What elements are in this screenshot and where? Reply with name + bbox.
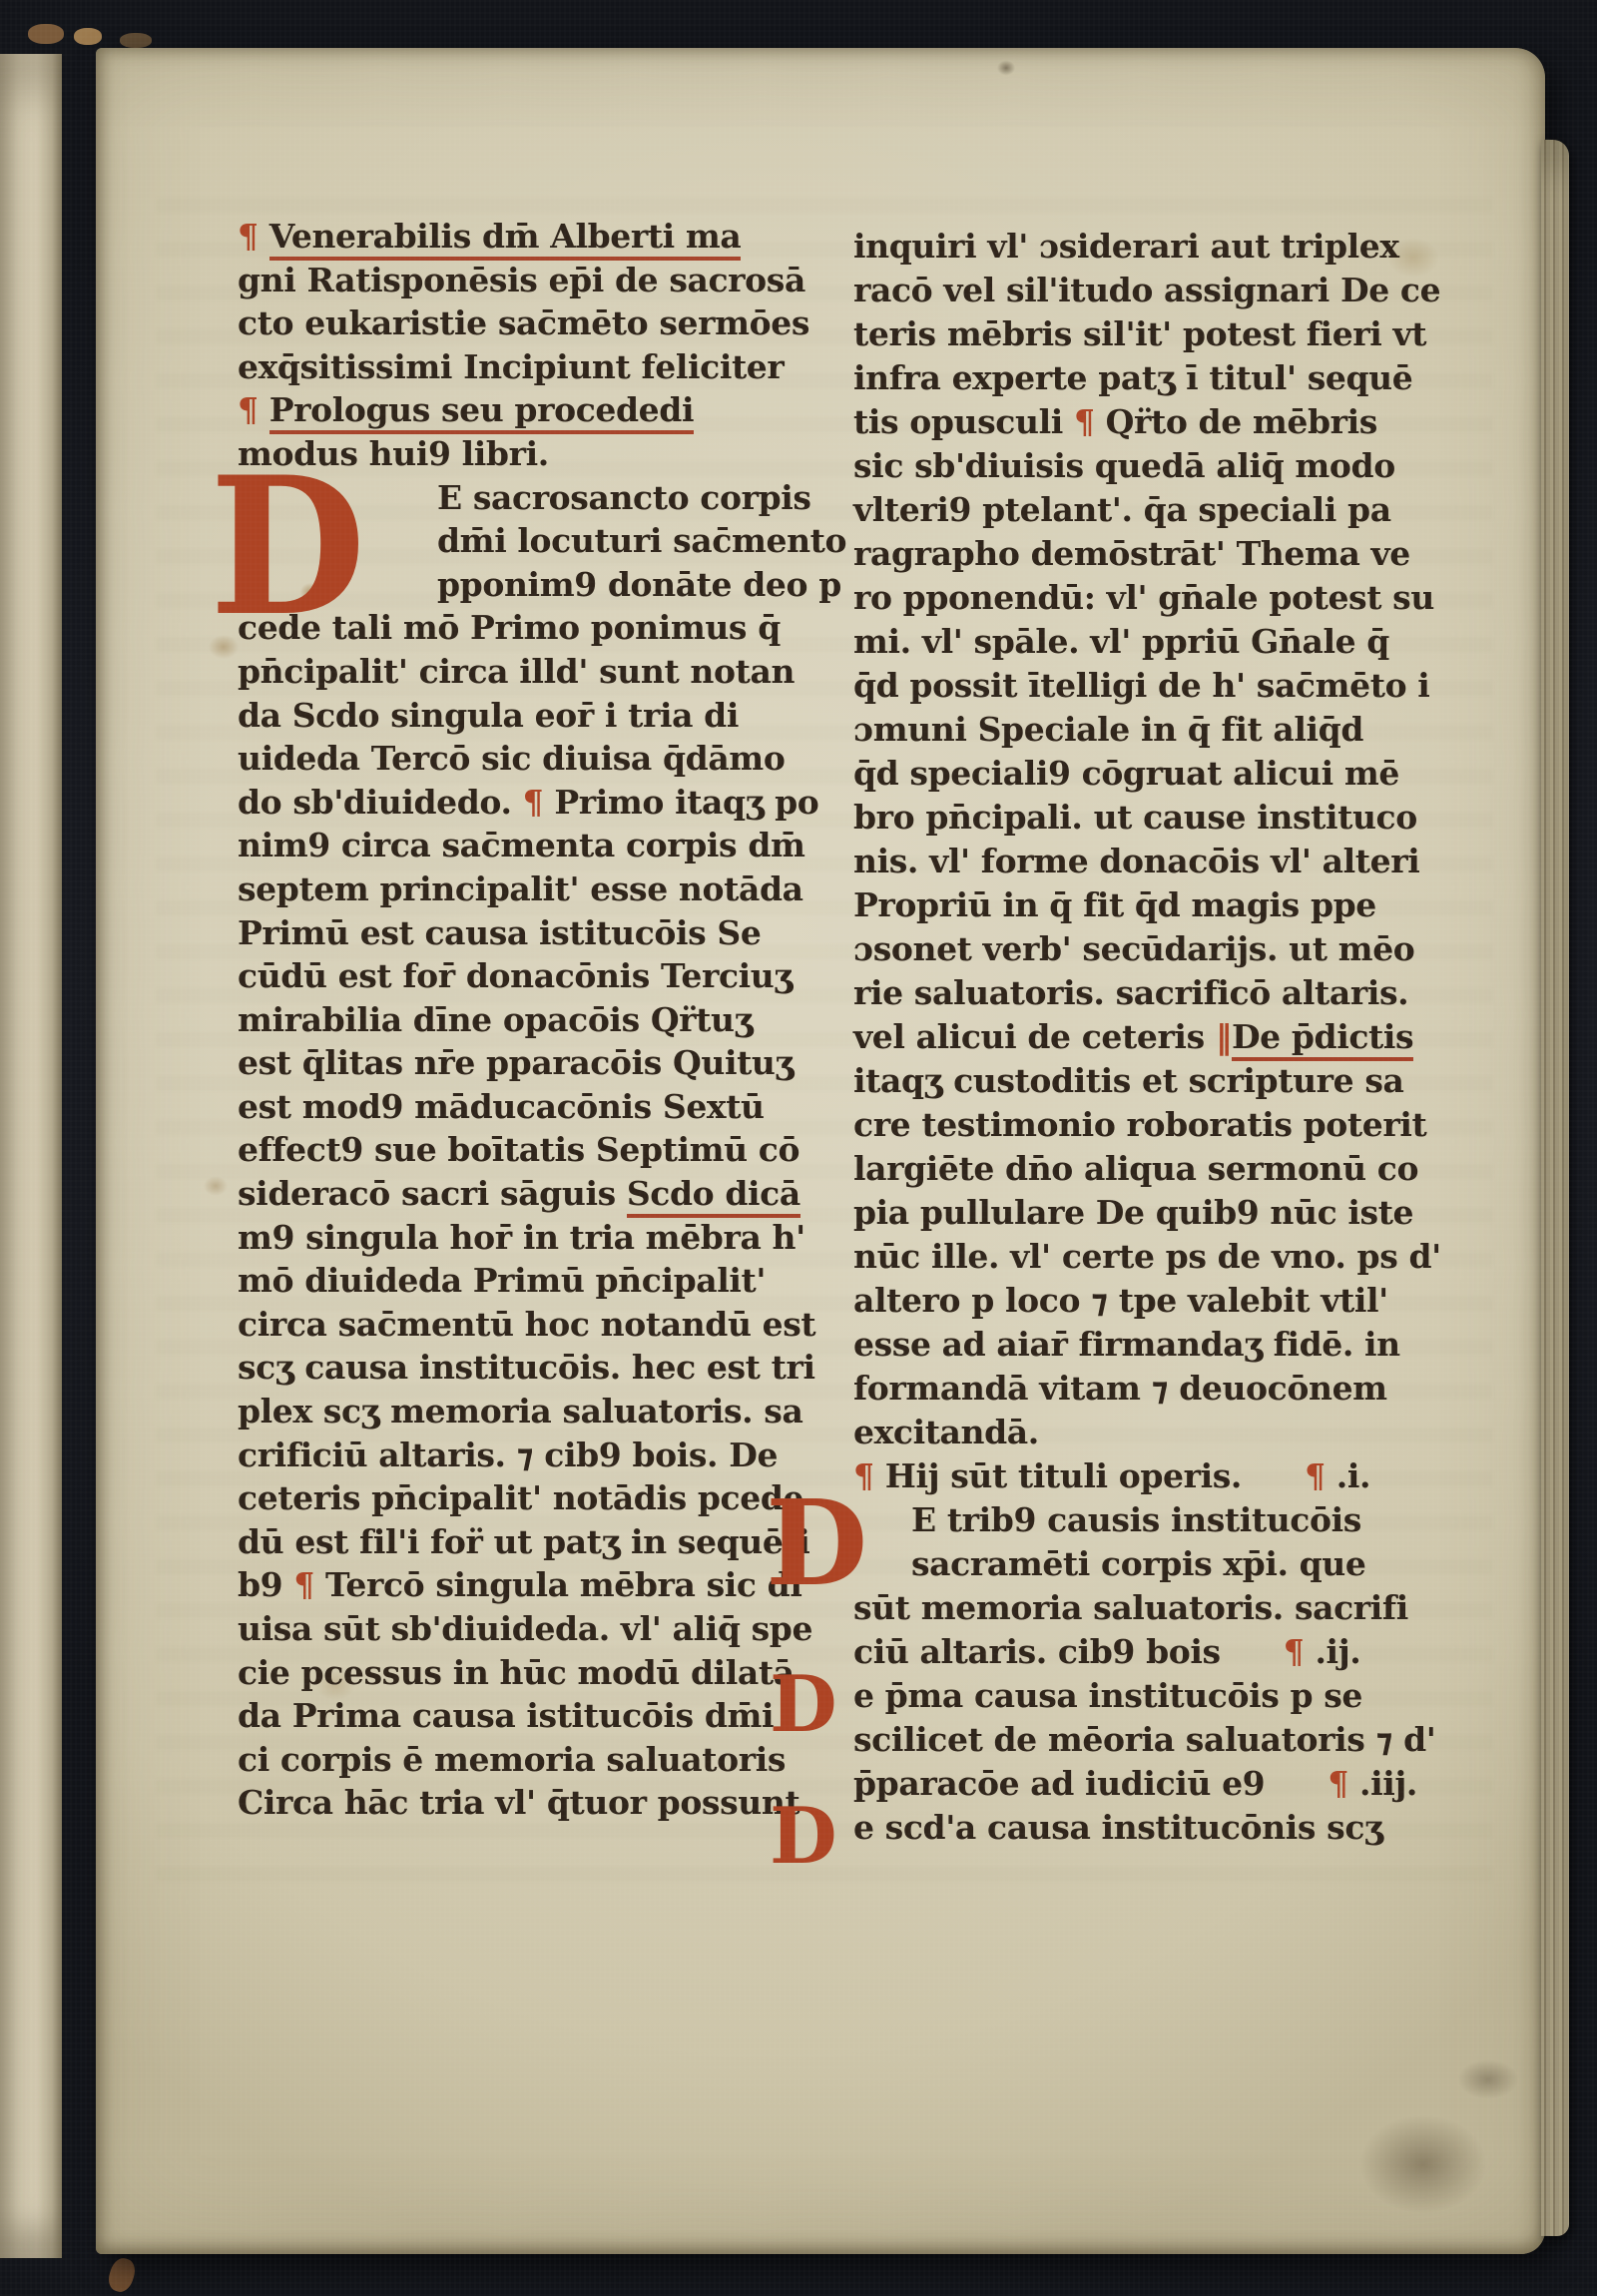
text-segment: est q̄litas nr̄e pparacōis Quituʒ	[238, 1043, 794, 1082]
text-segment: ciū altaris. cib9 bois	[853, 1632, 1232, 1671]
binding-fragment	[120, 33, 152, 48]
text-segment: plex scʒ memoria saluatoris. sa	[238, 1392, 802, 1431]
binding-fragment	[74, 28, 102, 45]
text-segment: largiēte dn̄o aliqua sermonū co	[853, 1149, 1418, 1188]
text-line: bro pn̄cipali. ut cause instituco	[853, 796, 1422, 840]
text-line: septem principalit' esse notāda	[238, 867, 777, 911]
text-line: sacramēti corpis xp̄i. que	[853, 1542, 1422, 1586]
text-line: nūc ille. vl' certe ps de vno. ps d'	[853, 1235, 1422, 1279]
text-line: De p̄ma causa institucōis p se	[853, 1674, 1422, 1718]
rubric-mark: ¶	[238, 217, 269, 256]
text-line: cie pcessus in hūc modū dilatā	[238, 1651, 777, 1695]
text-line: mirabilia dīne opacōis Qr̈tuʒ	[238, 998, 777, 1042]
text-line: dū est fil'i for̈ ut patʒ in sequēti	[238, 1520, 777, 1564]
text-segment: pn̄cipalit' circa illd' sunt notan	[238, 652, 795, 691]
text-segment: vel alicui de ceteris	[853, 1017, 1216, 1056]
text-segment: Primo itaqʒ po	[554, 783, 818, 822]
text-line: ¶ Prologus seu procededi	[238, 388, 777, 432]
text-segment: e p̄ma causa institucōis p se	[853, 1676, 1362, 1715]
rubricated-heading: Venerabilis dm̄ Alberti ma	[269, 217, 742, 261]
text-segment: e scd'a causa institucōnis scʒ	[853, 1808, 1382, 1847]
text-segment: circa sac̄mentū hoc notandū est	[238, 1305, 815, 1344]
binding-fragment	[28, 24, 64, 44]
text-line: crificiū altaris. ⁊ cib9 bois. De	[238, 1434, 777, 1477]
text-segment: teris mēbris sil'it' potest fieri vt	[853, 314, 1426, 353]
text-segment: .iij.	[1359, 1764, 1417, 1803]
text-line: excitandā.	[853, 1411, 1422, 1454]
text-segment: cede tali mō Primo ponimus q̄	[238, 608, 781, 647]
text-segment: altero p loco ⁊ tpe valebit vtil'	[853, 1281, 1388, 1320]
text-line: ceteris pn̄cipalit' notādis pcede	[238, 1476, 777, 1520]
text-line: inquiri vl' ɔsiderari aut triplex	[853, 225, 1422, 269]
text-segment: Hij sūt tituli operis.	[885, 1456, 1253, 1495]
text-line: itaqʒ custoditis et scripture sa	[853, 1059, 1422, 1103]
rubricated-heading: Scdo dicā	[627, 1174, 800, 1218]
text-segment: da Scdo singula eor̄ i tria di	[238, 696, 739, 735]
text-segment: racō vel sil'itudo assignari De ce	[853, 271, 1440, 309]
text-segment: gni Ratisponēsis ep̄i de sacrosā	[238, 261, 805, 299]
text-line: formandā vitam ⁊ deuocōnem	[853, 1367, 1422, 1411]
text-segment: da Prima causa istitucōis dm̄i	[238, 1696, 774, 1735]
text-segment: mi. vl' spāle. vl' ppriū Gn̄ale q̄	[853, 622, 1389, 661]
text-segment: dū est fil'i for̈ ut patʒ in sequēti	[238, 1522, 809, 1561]
text-segment: uideda Tercō sic diuisa q̄dāmo	[238, 739, 785, 778]
text-segment: ro pponendū: vl' gn̄ale potest su	[853, 578, 1434, 617]
text-line: Primū est causa istitucōis Se	[238, 911, 777, 955]
rubric-mark: ‖	[1216, 1017, 1232, 1056]
text-line: q̄d speciali9 cōgruat alicui mē	[853, 752, 1422, 796]
text-segment: rie saluatoris. sacrificō altaris.	[853, 973, 1408, 1012]
text-segment: bro pn̄cipali. ut cause instituco	[853, 798, 1417, 837]
text-line: cre testimonio roboratis poterit	[853, 1103, 1422, 1147]
text-segment: Circa hāc tria vl' q̄tuor possunt	[238, 1783, 799, 1822]
text-line: cūdū est for̄ donacōnis Terciuʒ	[238, 954, 777, 998]
text-line: teris mēbris sil'it' potest fieri vt	[853, 312, 1422, 356]
text-line: da Scdo singula eor̄ i tria di	[238, 694, 777, 738]
left-text-column: ¶ Venerabilis dm̄ Alberti magni Ratispon…	[238, 215, 777, 1825]
text-line: DE sacrosancto corpis	[238, 476, 777, 520]
text-segment: scilicet de mēoria saluatoris ⁊ d'	[853, 1720, 1436, 1759]
text-segment: vlteri9 ptelant'. q̄a speciali pa	[853, 490, 1391, 529]
text-segment: tis opusculi	[853, 402, 1074, 441]
text-segment: sūt memoria saluatoris. sacrifi	[853, 1588, 1408, 1627]
text-segment: scʒ causa institucōis. hec est tri	[238, 1348, 815, 1387]
text-segment: Propriū in q̄ fit q̄d magis ppe	[853, 885, 1376, 924]
text-line: ci corpis ē memoria saluatoris	[238, 1738, 777, 1782]
text-segment: esse ad aiar̄ firmandaʒ fidē. in	[853, 1325, 1400, 1364]
manuscript-photo: ¶ Venerabilis dm̄ Alberti magni Ratispon…	[0, 0, 1597, 2296]
illuminated-initial: D	[770, 1798, 836, 1876]
text-line: ro pponendū: vl' gn̄ale potest su	[853, 576, 1422, 620]
text-line: ciū altaris. cib9 bois ¶ .ij.	[853, 1630, 1422, 1674]
text-segment: .ij.	[1315, 1632, 1360, 1671]
text-segment: pia pullulare De quib9 nūc iste	[853, 1193, 1413, 1232]
text-line: mi. vl' spāle. vl' ppriū Gn̄ale q̄	[853, 620, 1422, 664]
binding-fragment	[105, 2255, 138, 2295]
text-line: effect9 sue boītatis Septimū cō	[238, 1128, 777, 1172]
rubric-mark: ¶	[1305, 1456, 1336, 1495]
text-segment: itaqʒ custoditis et scripture sa	[853, 1061, 1404, 1100]
text-line: da Prima causa istitucōis dm̄i	[238, 1694, 777, 1738]
text-segment: sic sb'diuisis quedā aliq̄ modo	[853, 446, 1395, 485]
page-block-edges	[1541, 140, 1569, 2236]
text-line: infra experte patʒ ī titul' sequē	[853, 356, 1422, 400]
text-segment: E sacrosancto corpis	[437, 478, 811, 517]
text-segment: cie pcessus in hūc modū dilatā	[238, 1653, 795, 1692]
text-line: sic sb'diuisis quedā aliq̄ modo	[853, 444, 1422, 488]
text-line: sideracō sacri sāguis Scdo dicā	[238, 1172, 777, 1216]
text-segment: pponim9 donāte deo p	[437, 565, 841, 604]
rubric-mark: ¶	[1074, 402, 1106, 441]
text-segment: mirabilia dīne opacōis Qr̈tuʒ	[238, 1000, 753, 1039]
text-segment: formandā vitam ⁊ deuocōnem	[853, 1369, 1387, 1408]
text-segment: cto eukaristie sac̄mēto sermōes	[238, 303, 809, 342]
text-line: ¶ Hij sūt tituli operis. ¶ .i.	[853, 1454, 1422, 1498]
text-segment: excitandā.	[853, 1413, 1039, 1451]
text-segment: est mod9 māducacōnis Sextū	[238, 1087, 765, 1126]
text-segment: Primū est causa istitucōis Se	[238, 913, 761, 952]
text-line: ragrapho demōstrāt' Thema ve	[853, 532, 1422, 576]
text-segment: b9	[238, 1565, 293, 1604]
text-segment: ɔsonet verb' secūdarijs. ut mēo	[853, 929, 1414, 968]
text-line: altero p loco ⁊ tpe valebit vtil'	[853, 1279, 1422, 1323]
text-line: gni Ratisponēsis ep̄i de sacrosā	[238, 259, 777, 302]
text-segment: q̄d possit ītelligi de h' sac̄mēto i	[853, 666, 1429, 705]
text-line: q̄d possit ītelligi de h' sac̄mēto i	[853, 664, 1422, 708]
text-segment: q̄d speciali9 cōgruat alicui mē	[853, 754, 1399, 793]
rubric-mark: ¶	[1328, 1764, 1359, 1803]
right-text-column: inquiri vl' ɔsiderari aut triplexracō ve…	[853, 225, 1422, 1850]
illuminated-initial: D	[770, 1666, 836, 1744]
text-line: Circa hāc tria vl' q̄tuor possunt	[238, 1781, 777, 1825]
illuminated-initial: D	[766, 1484, 867, 1602]
text-segment: nim9 circa sac̄menta corpis dm̄	[238, 826, 805, 864]
text-line: b9 ¶ Tercō singula mēbra sic di	[238, 1563, 777, 1607]
text-line: nim9 circa sac̄menta corpis dm̄	[238, 824, 777, 867]
text-line: vlteri9 ptelant'. q̄a speciali pa	[853, 488, 1422, 532]
text-line: pia pullulare De quib9 nūc iste	[853, 1191, 1422, 1235]
rubricated-heading: De p̄dictis	[1232, 1017, 1413, 1061]
text-line: scilicet de mēoria saluatoris ⁊ d'	[853, 1718, 1422, 1762]
text-segment: cūdū est for̄ donacōnis Terciuʒ	[238, 956, 793, 995]
text-segment: m9 singula hor̄ in tria mēbra h'	[238, 1218, 805, 1257]
text-line: exq̄sitissimi Incipiunt feliciter	[238, 345, 777, 389]
text-line: ɔsonet verb' secūdarijs. ut mēo	[853, 927, 1422, 971]
text-line: uisa sūt sb'diuideda. vl' aliq̄ spe	[238, 1607, 777, 1651]
text-segment: .i.	[1336, 1456, 1370, 1495]
text-line: p̄paracōe ad iudiciū e9 ¶ .iij.	[853, 1762, 1422, 1806]
text-segment: nūc ille. vl' certe ps de vno. ps d'	[853, 1237, 1441, 1276]
text-segment: ɔmuni Speciale in q̄ fit aliq̄d	[853, 710, 1363, 749]
text-segment: septem principalit' esse notāda	[238, 869, 803, 908]
text-line: m9 singula hor̄ in tria mēbra h'	[238, 1216, 777, 1260]
text-line: pn̄cipalit' circa illd' sunt notan	[238, 650, 777, 694]
text-segment: Tercō singula mēbra sic di	[325, 1565, 801, 1604]
text-segment: p̄paracōe ad iudiciū e9	[853, 1764, 1276, 1803]
text-segment: Qr̈to de mēbris	[1106, 402, 1377, 441]
text-segment: sacramēti corpis xp̄i. que	[911, 1544, 1366, 1583]
gutter-shadow	[62, 52, 96, 2258]
text-line: dm̄i locuturi sac̄mento	[238, 519, 777, 563]
text-line: cto eukaristie sac̄mēto sermōes	[238, 301, 777, 345]
text-line: circa sac̄mentū hoc notandū est	[238, 1303, 777, 1347]
text-segment: uisa sūt sb'diuideda. vl' aliq̄ spe	[238, 1609, 812, 1648]
text-segment: dm̄i locuturi sac̄mento	[437, 521, 846, 560]
text-line: ɔmuni Speciale in q̄ fit aliq̄d	[853, 708, 1422, 752]
rubric-mark: ¶	[238, 390, 269, 429]
text-segment: nis. vl' forme donacōis vl' alteri	[853, 842, 1419, 880]
rubric-mark: ¶	[293, 1565, 325, 1604]
text-line: Propriū in q̄ fit q̄d magis ppe	[853, 883, 1422, 927]
text-segment: effect9 sue boītatis Septimū cō	[238, 1130, 799, 1169]
text-segment: inquiri vl' ɔsiderari aut triplex	[853, 227, 1399, 266]
text-line: mō diuideda Primū pn̄cipalit'	[238, 1259, 777, 1303]
text-line: cede tali mō Primo ponimus q̄	[238, 606, 777, 650]
text-line: pponim9 donāte deo p	[238, 563, 777, 607]
text-line: esse ad aiar̄ firmandaʒ fidē. in	[853, 1323, 1422, 1367]
rubricated-heading: Prologus seu procededi	[269, 390, 694, 434]
text-line: De scd'a causa institucōnis scʒ	[853, 1806, 1422, 1850]
text-segment: mō diuideda Primū pn̄cipalit'	[238, 1261, 766, 1300]
text-line: do sb'diuidedo. ¶ Primo itaqʒ po	[238, 781, 777, 825]
text-line: est mod9 māducacōnis Sextū	[238, 1085, 777, 1129]
text-line: largiēte dn̄o aliqua sermonū co	[853, 1147, 1422, 1191]
text-line: vel alicui de ceteris ‖De p̄dictis	[853, 1015, 1422, 1059]
text-line: nis. vl' forme donacōis vl' alteri	[853, 840, 1422, 883]
text-segment: ci corpis ē memoria saluatoris	[238, 1740, 786, 1779]
text-segment: sideracō sacri sāguis	[238, 1174, 627, 1213]
text-line: racō vel sil'itudo assignari De ce	[853, 269, 1422, 312]
text-segment: E trib9 causis institucōis	[911, 1500, 1361, 1539]
rubric-mark: ¶	[1284, 1632, 1316, 1671]
text-line: sūt memoria saluatoris. sacrifi	[853, 1586, 1422, 1630]
text-line: est q̄litas nr̄e pparacōis Quituʒ	[238, 1041, 777, 1085]
text-segment: ragrapho demōstrāt' Thema ve	[853, 534, 1410, 573]
text-line: uideda Tercō sic diuisa q̄dāmo	[238, 737, 777, 781]
text-line: tis opusculi ¶ Qr̈to de mēbris	[853, 400, 1422, 444]
text-line: ¶ Venerabilis dm̄ Alberti ma	[238, 215, 777, 259]
text-line: plex scʒ memoria saluatoris. sa	[238, 1390, 777, 1434]
rubric-mark: ¶	[523, 783, 555, 822]
text-segment: crificiū altaris. ⁊ cib9 bois. De	[238, 1435, 778, 1474]
text-line: scʒ causa institucōis. hec est tri	[238, 1346, 777, 1390]
text-line: rie saluatoris. sacrificō altaris.	[853, 971, 1422, 1015]
facing-page-edge	[0, 54, 62, 2258]
text-segment: cre testimonio roboratis poterit	[853, 1105, 1426, 1144]
text-line: DE trib9 causis institucōis	[853, 1498, 1422, 1542]
text-segment: infra experte patʒ ī titul' sequē	[853, 358, 1412, 397]
text-segment: ceteris pn̄cipalit' notādis pcede	[238, 1478, 803, 1517]
book-page: ¶ Venerabilis dm̄ Alberti magni Ratispon…	[96, 48, 1545, 2254]
text-segment: exq̄sitissimi Incipiunt feliciter	[238, 347, 784, 386]
text-segment: do sb'diuidedo.	[238, 783, 523, 822]
